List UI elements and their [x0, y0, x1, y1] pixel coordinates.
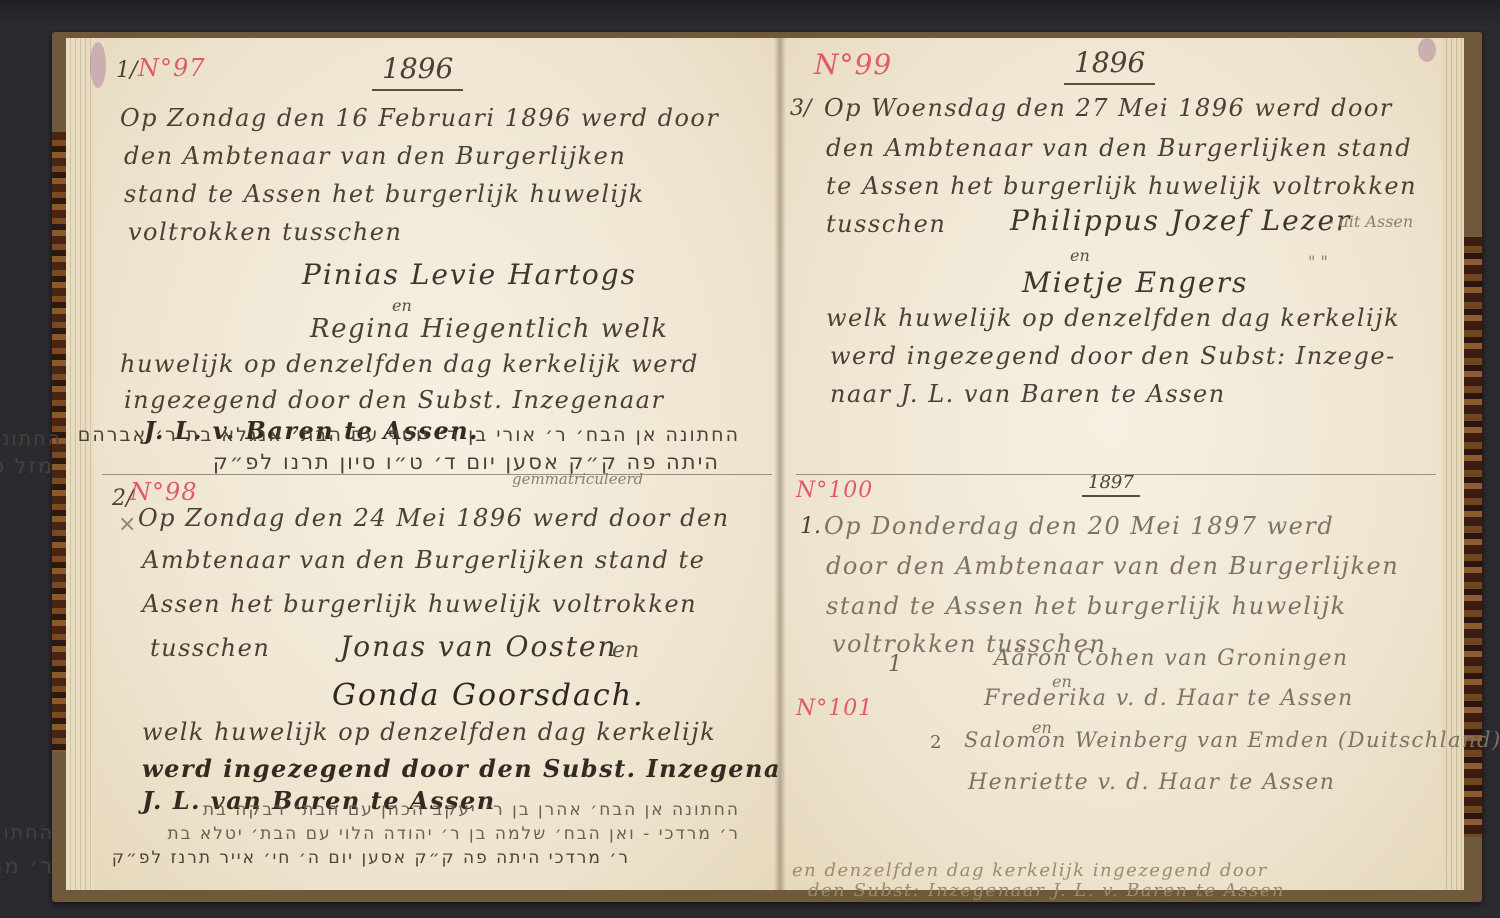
entry-margin-index: 1/	[116, 58, 137, 83]
bride-name: Mietje Engers	[1022, 266, 1248, 299]
bride-name: Henriette v. d. Haar te Assen	[968, 770, 1335, 795]
entry-text-line: door den Ambtenaar van den Burgerlijken	[826, 552, 1399, 580]
conjunction-en: en	[612, 638, 639, 663]
hebrew-annotation-line: החתונה אן הבח׳ אהרן בן ר׳ יעקב הכהן עם ה…	[203, 800, 740, 820]
hebrew-annotation-line: החתונה אן הבח׳ יאהנן בן ר׳ אברהם עם הבת׳…	[0, 822, 54, 844]
entry-text-line: tusschen	[150, 634, 270, 662]
hebrew-annotation-line: החתונה אן הבח׳ ר׳ פנחס בן ר׳ יצחק עם הבת…	[0, 428, 62, 450]
hebrew-annotation-line: ר׳ מרדכי היתה פה ק״ק אסען יום א׳ יב׳ סיו…	[0, 854, 54, 878]
groom-name: Jonas van Oosten	[340, 630, 618, 663]
entry-text-line: welk huwelijk op denzelfden dag kerkelij…	[826, 304, 1400, 332]
hebrew-annotation-line: ר׳ מרדכי - ואן הבח׳ שלמה בן ר׳ יהודה הלו…	[167, 824, 740, 844]
open-register-book: 1/ N°97 1896 Op Zondag den 16 Februari 1…	[52, 32, 1482, 902]
year-header: 1897	[1082, 472, 1140, 497]
entry-divider	[102, 474, 772, 475]
entry-number: N°100	[796, 478, 873, 503]
entry-text-line: stand te Assen het burgerlijk huwelijk	[124, 180, 645, 208]
bride-name: Frederika v. d. Haar te Assen	[984, 686, 1354, 711]
entry-text-line: den Ambtenaar van den Burgerlijken stand	[826, 134, 1412, 162]
hebrew-annotation-line: ר׳ מרדכי היתה פה ק״ק אסען יום ה׳ חי׳ איי…	[112, 848, 630, 868]
hebrew-annotation-line: החתונה אן הבח׳ ר׳ אורי בן ר׳ יוסף עם הבת…	[78, 424, 740, 446]
groom-name: Salomon Weinberg van Emden (Duitschland)	[964, 728, 1500, 752]
year-header: 1896	[372, 52, 463, 91]
entry-text-line: voltrokken tusschen	[128, 218, 402, 246]
cross-mark: ×	[118, 512, 136, 537]
page-stack-left	[66, 38, 96, 890]
entry-text-line: huwelijk op denzelfden dag kerkelijk wer…	[120, 350, 699, 378]
conjunction-en: en	[1070, 246, 1090, 265]
ink-stain	[1418, 38, 1436, 62]
entry-number: N°98	[130, 478, 198, 506]
conjunction-en: en	[392, 296, 412, 315]
right-page: N°99 1896 3/ Op Woensdag den 27 Mei 1896…	[780, 38, 1442, 890]
entry-text-line: en denzelfden dag kerkelijk ingezegend d…	[792, 860, 1268, 881]
groom-name: Aäron Cohen van Groningen	[994, 646, 1349, 671]
entry-text-line: Op Donderdag den 20 Mei 1897 werd	[824, 512, 1334, 540]
hebrew-annotation-line: היתה פה ק״ק אסען יום ד׳ ט״ו סיון תרנו לפ…	[213, 450, 720, 474]
groom-residence: - uit Assen	[1328, 212, 1413, 231]
photo-backdrop	[0, 0, 1500, 30]
entry-text-line: stand te Assen het burgerlijk huwelijk	[826, 592, 1347, 620]
entry-text-line: Op Woensdag den 27 Mei 1896 werd door	[824, 94, 1393, 122]
entry-text-line: Op Zondag den 24 Mei 1896 werd door den	[138, 504, 730, 532]
entry-number: N°97	[138, 54, 206, 82]
entry-number: N°101	[796, 696, 873, 721]
bride-name-line: Regina Hiegentlich welk	[310, 314, 668, 344]
hebrew-annotation-line: מזל טוב היתה פה ק״ק אסען יום ב׳ אדר תרנו…	[0, 454, 54, 478]
entry-text-line: Assen het burgerlijk huwelijk voltrokken	[142, 590, 697, 618]
entry-text-line: tusschen	[826, 210, 946, 238]
page-stack-right	[1442, 38, 1464, 890]
ditto-marks: " "	[1308, 252, 1328, 271]
entry-text-line: den Ambtenaar van den Burgerlijken	[124, 142, 626, 170]
entry-text-line: Ambtenaar van den Burgerlijken stand te	[142, 546, 705, 574]
groom-name: Pinias Levie Hartogs	[302, 258, 637, 291]
entry-margin-index: 1.	[800, 514, 821, 539]
entry-text-line: te Assen het burgerlijk huwelijk voltrok…	[826, 172, 1417, 200]
entry-text-line: Op Zondag den 16 Februari 1896 werd door	[120, 104, 719, 132]
bride-name: Gonda Goorsdach.	[332, 678, 645, 713]
entry-number: N°99	[814, 48, 892, 81]
entry-text-line: werd ingezegend door den Subst: Inzege-	[830, 342, 1396, 370]
entry-text-line: ingezegend door den Subst. Inzegenaar	[124, 386, 664, 414]
officiant-line: den Subst: Inzegenaar J. L. v. Baren te …	[808, 880, 1285, 901]
groom-name: Philippus Jozef Lezer	[1010, 204, 1351, 237]
entry-text-line: welk huwelijk op denzelfden dag kerkelij…	[142, 718, 716, 746]
couple-index: 2	[930, 732, 941, 753]
couple-index: 1	[888, 652, 902, 677]
officiant-line: naar J. L. van Baren te Assen	[830, 380, 1226, 408]
entry-margin-index: 3/	[790, 96, 811, 121]
year-header: 1896	[1064, 46, 1155, 85]
entry-text-line: werd ingezegend door den Subst. Inzegena…	[142, 754, 812, 783]
book-gutter	[774, 38, 786, 890]
ink-stain	[90, 42, 106, 88]
